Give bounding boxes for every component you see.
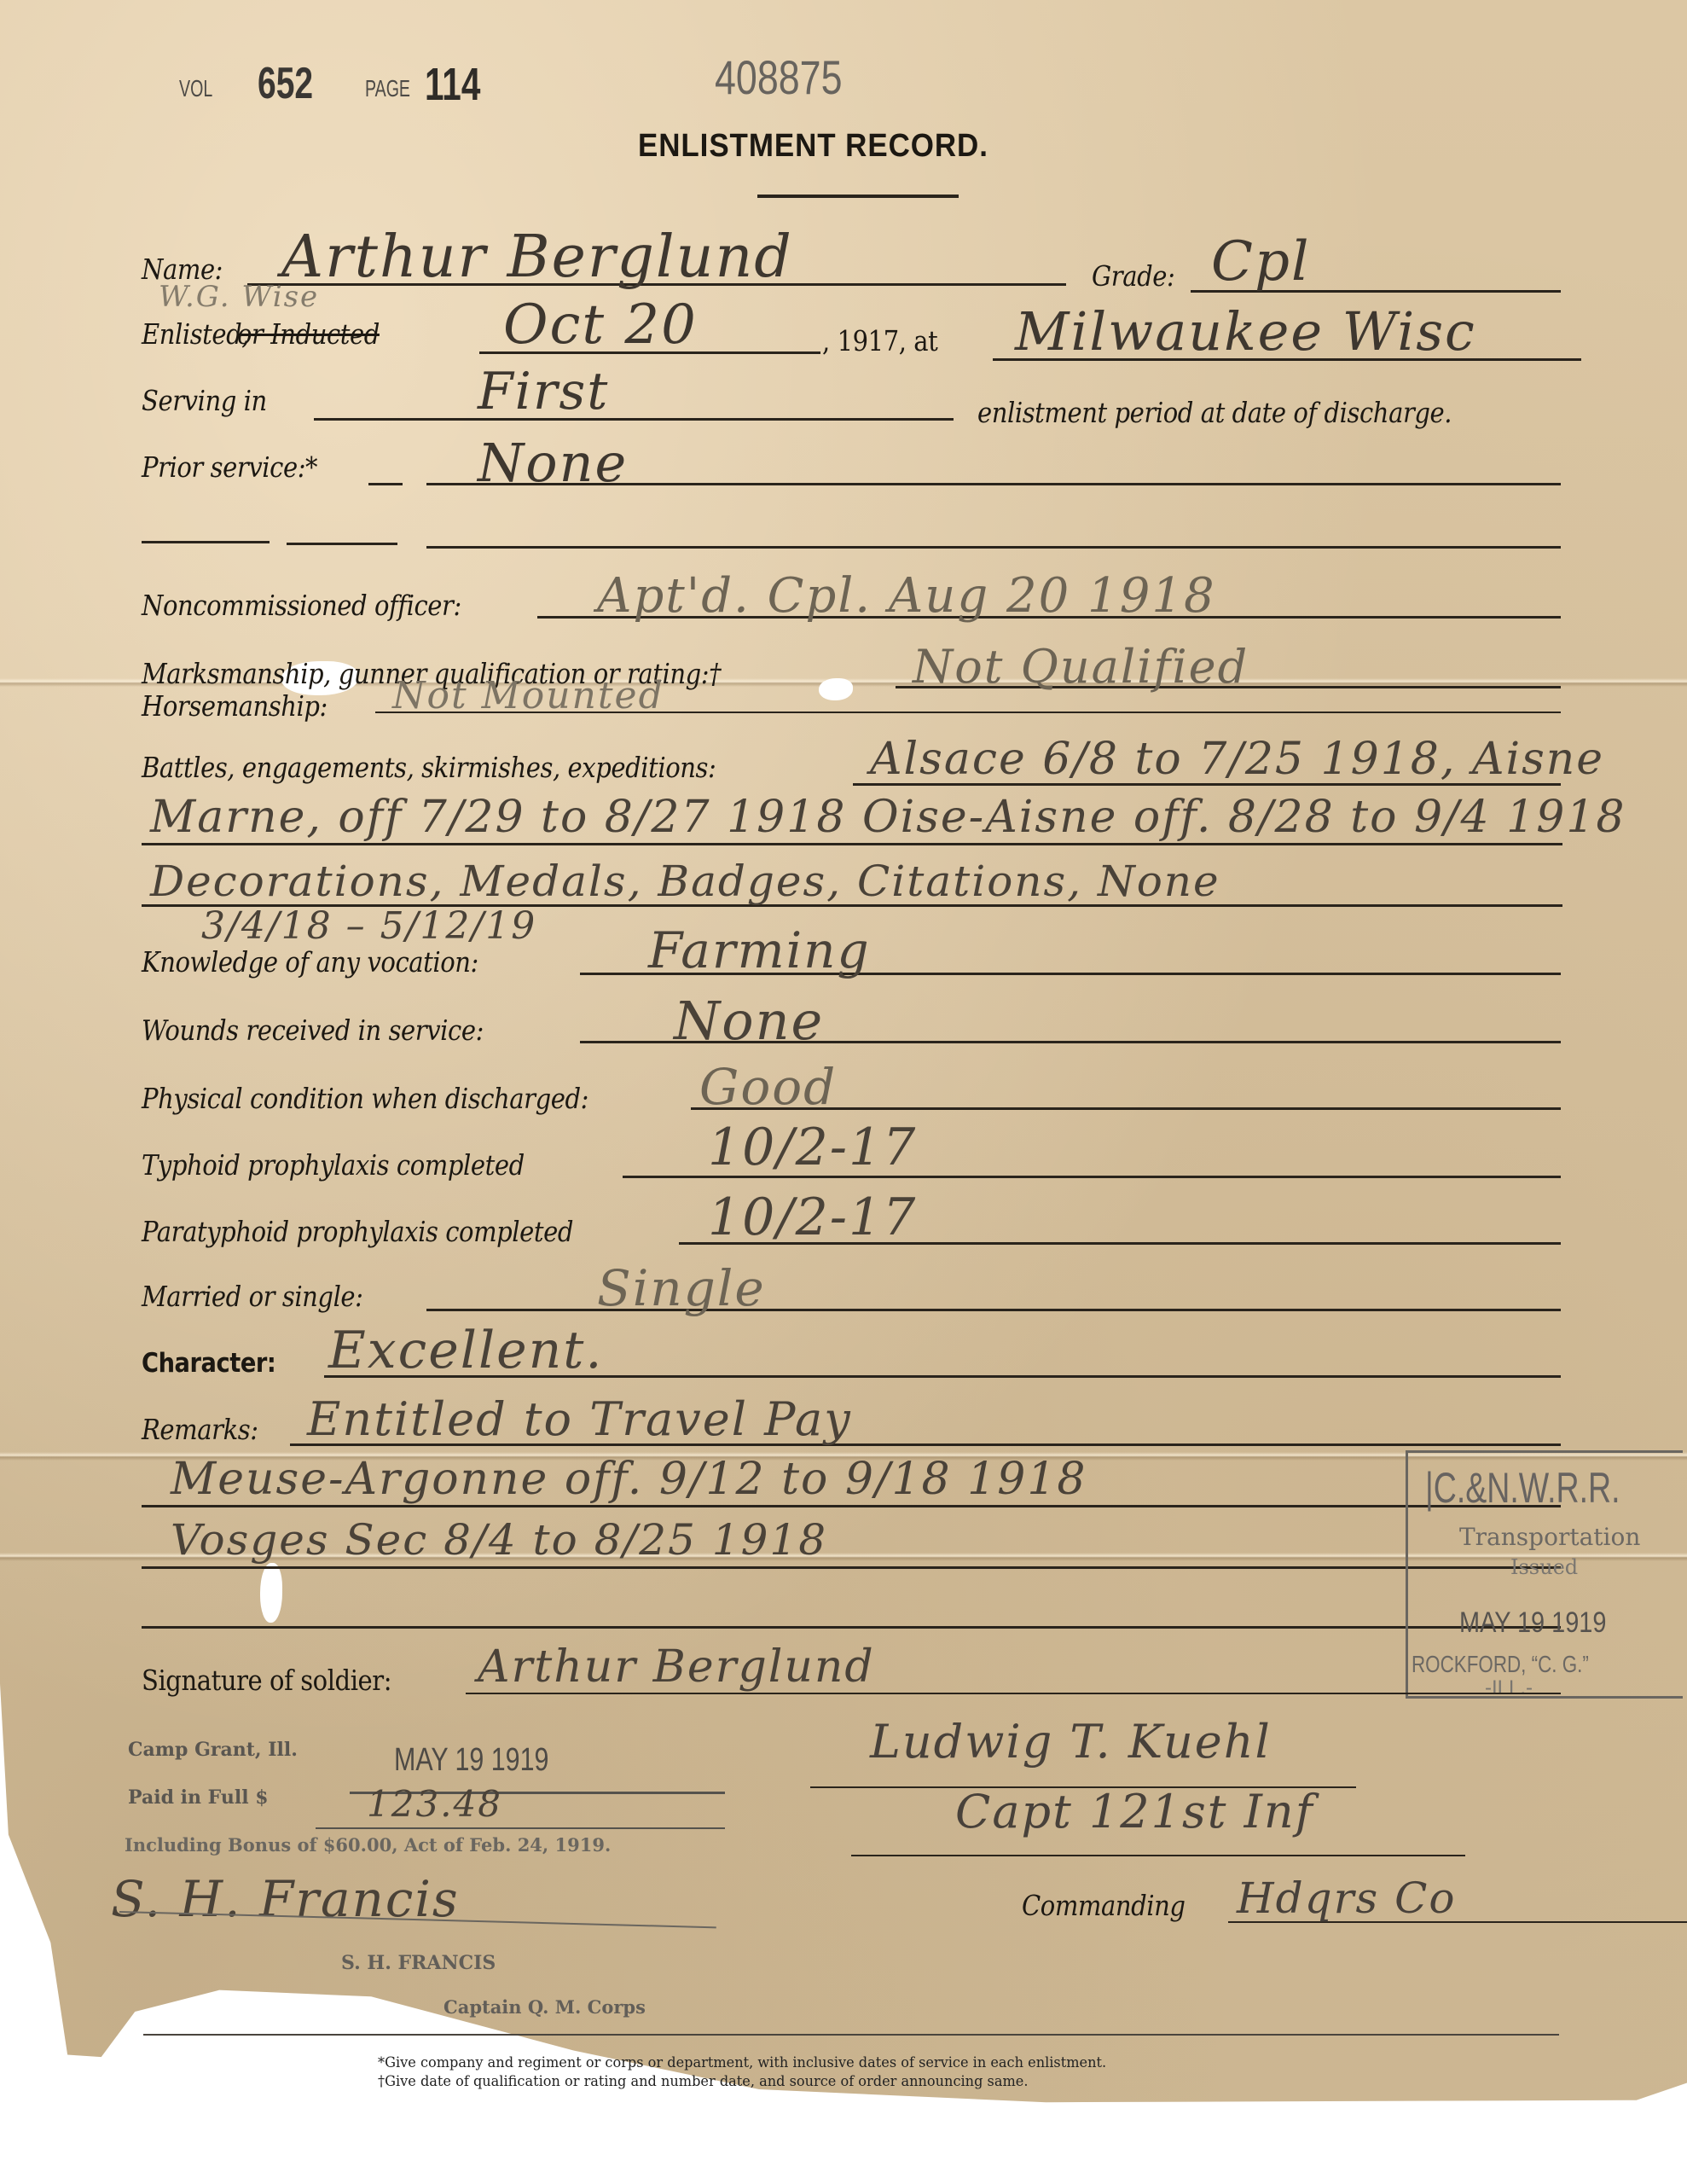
railroad-stamp: |C.&N.W.R.R. Transportation Issued MAY 1… bbox=[1406, 1450, 1683, 1699]
marital-value: Single bbox=[597, 1259, 766, 1317]
physical-value: Good bbox=[699, 1058, 837, 1116]
commanding-rank-line bbox=[851, 1855, 1465, 1856]
decorations-line: Decorations, Medals, Badges, Citations, … bbox=[150, 857, 1220, 906]
wounds-label: Wounds received in service: bbox=[142, 1014, 484, 1047]
remarks-label: Remarks: bbox=[142, 1413, 258, 1446]
vol-number: 652 bbox=[258, 58, 313, 109]
remarks-line-3-rule bbox=[142, 1566, 1561, 1569]
payment-stamp-line1: Camp Grant, Ill. bbox=[128, 1739, 298, 1761]
payment-stamp-date: MAY 19 1919 bbox=[394, 1742, 548, 1779]
name-value: Arthur Berglund bbox=[281, 224, 793, 291]
payment-amount: 123.48 bbox=[367, 1783, 502, 1825]
page-label: PAGE bbox=[365, 75, 410, 102]
vocation-label: Knowledge of any vocation: bbox=[142, 945, 478, 979]
serving-in-label: Serving in bbox=[142, 384, 267, 417]
remarks-line-2: Meuse-Argonne off. 9/12 to 9/18 1918 bbox=[171, 1454, 1087, 1505]
serving-in-suffix: enlistment period at date of discharge. bbox=[977, 396, 1452, 429]
remarks-line-2-rule bbox=[142, 1505, 1561, 1507]
battles-line-1: Alsace 6/8 to 7/25 1918, Aisne bbox=[870, 734, 1604, 785]
serving-in-line bbox=[314, 418, 954, 421]
nco-label: Noncommissioned officer: bbox=[142, 589, 461, 622]
paymaster-printed-name: S. H. FRANCIS bbox=[341, 1952, 496, 1974]
serving-in-value: First bbox=[478, 362, 609, 421]
blank-line bbox=[287, 543, 397, 545]
grade-label: Grade: bbox=[1092, 259, 1174, 293]
railroad-line1: Transportation bbox=[1459, 1523, 1640, 1551]
paper-tear bbox=[260, 1563, 282, 1623]
battles-label: Battles, engagements, skirmishes, expedi… bbox=[142, 751, 716, 784]
enlisted-label: Enlisted, bbox=[142, 317, 249, 351]
character-label: Character: bbox=[142, 1348, 275, 1379]
footnote-2: †Give date of qualification or rating an… bbox=[378, 2073, 1028, 2090]
horsemanship-value: Not Mounted bbox=[392, 674, 664, 717]
document-title: ENLISTMENT RECORD. bbox=[638, 128, 988, 165]
blank-line bbox=[142, 1626, 1561, 1629]
enlisted-place-value: Milwaukee Wisc bbox=[1015, 300, 1476, 363]
marital-label: Married or single: bbox=[142, 1280, 363, 1313]
prior-service-value: None bbox=[478, 432, 628, 494]
serial-number: 408875 bbox=[715, 49, 843, 105]
commanding-signature: Ludwig T. Kuehl bbox=[870, 1715, 1272, 1769]
remarks-line-1: Entitled to Travel Pay bbox=[307, 1392, 852, 1446]
nco-value: Apt'd. Cpl. Aug 20 1918 bbox=[597, 568, 1216, 624]
commanding-unit: Hdqrs Co bbox=[1237, 1873, 1456, 1923]
railroad-state: -ILL.- bbox=[1485, 1676, 1533, 1700]
railroad-company: C.&N.W.R.R. bbox=[1434, 1464, 1620, 1512]
blank-line bbox=[142, 541, 270, 543]
soldier-signature-label: Signature of soldier: bbox=[142, 1664, 391, 1697]
page-number: 114 bbox=[425, 58, 480, 111]
prior-service-label: Prior service:* bbox=[142, 450, 317, 484]
paper-tear bbox=[819, 678, 853, 700]
title-underline bbox=[757, 195, 959, 198]
footnote-1: *Give company and regiment or corps or d… bbox=[378, 2054, 1106, 2071]
character-value: Excellent. bbox=[328, 1321, 603, 1380]
wounds-value: None bbox=[674, 990, 824, 1052]
stamp-bar: | bbox=[1425, 1464, 1434, 1512]
railroad-city: ROCKFORD, “C. G.” bbox=[1412, 1651, 1589, 1678]
blank-line bbox=[426, 546, 1561, 549]
enlisted-year-label: , 1917, at bbox=[822, 324, 937, 357]
battles-line-2: Marne, off 7/29 to 8/27 1918 Oise-Aisne … bbox=[150, 792, 1626, 843]
payment-stamp-line2: Paid in Full $ bbox=[128, 1786, 269, 1809]
payment-stamp-line3: Including Bonus of $60.00, Act of Feb. 2… bbox=[125, 1834, 611, 1856]
enlisted-date-value: Oct 20 bbox=[503, 293, 698, 357]
vocation-value: Farming bbox=[648, 921, 871, 979]
paymaster-rank: Captain Q. M. Corps bbox=[443, 1996, 646, 2018]
remarks-line-3: Vosges Sec 8/4 to 8/25 1918 bbox=[171, 1515, 827, 1565]
typhoid-label: Typhoid prophylaxis completed bbox=[142, 1148, 525, 1182]
horsemanship-label: Horsemanship: bbox=[142, 689, 328, 723]
service-dates: 3/4/18 – 5/12/19 bbox=[201, 904, 536, 948]
soldier-signature-line bbox=[466, 1693, 1561, 1694]
footnote-separator bbox=[143, 2034, 1559, 2036]
grade-value: Cpl bbox=[1211, 230, 1310, 293]
paratyphoid-value: 10/2-17 bbox=[708, 1188, 917, 1247]
marksmanship-value: Not Qualified bbox=[913, 640, 1249, 694]
commanding-label: Commanding bbox=[1022, 1889, 1186, 1922]
commanding-rank: Capt 121st Inf bbox=[955, 1785, 1314, 1838]
soldier-signature: Arthur Berglund bbox=[478, 1641, 875, 1693]
typhoid-value: 10/2-17 bbox=[708, 1118, 917, 1177]
railroad-line2: Issued bbox=[1510, 1555, 1578, 1579]
prior-service-dash bbox=[368, 483, 403, 485]
railroad-date: MAY 19 1919 bbox=[1459, 1606, 1606, 1640]
marginal-note: W.G. Wise bbox=[159, 280, 319, 314]
physical-label: Physical condition when discharged: bbox=[142, 1082, 588, 1115]
battles-line-2-rule bbox=[142, 843, 1562, 845]
paratyphoid-label: Paratyphoid prophylaxis completed bbox=[142, 1215, 573, 1248]
vol-label: VOL bbox=[179, 75, 212, 102]
inducted-struck-label: or Inducted bbox=[237, 317, 380, 351]
payment-amount-line bbox=[316, 1827, 725, 1829]
